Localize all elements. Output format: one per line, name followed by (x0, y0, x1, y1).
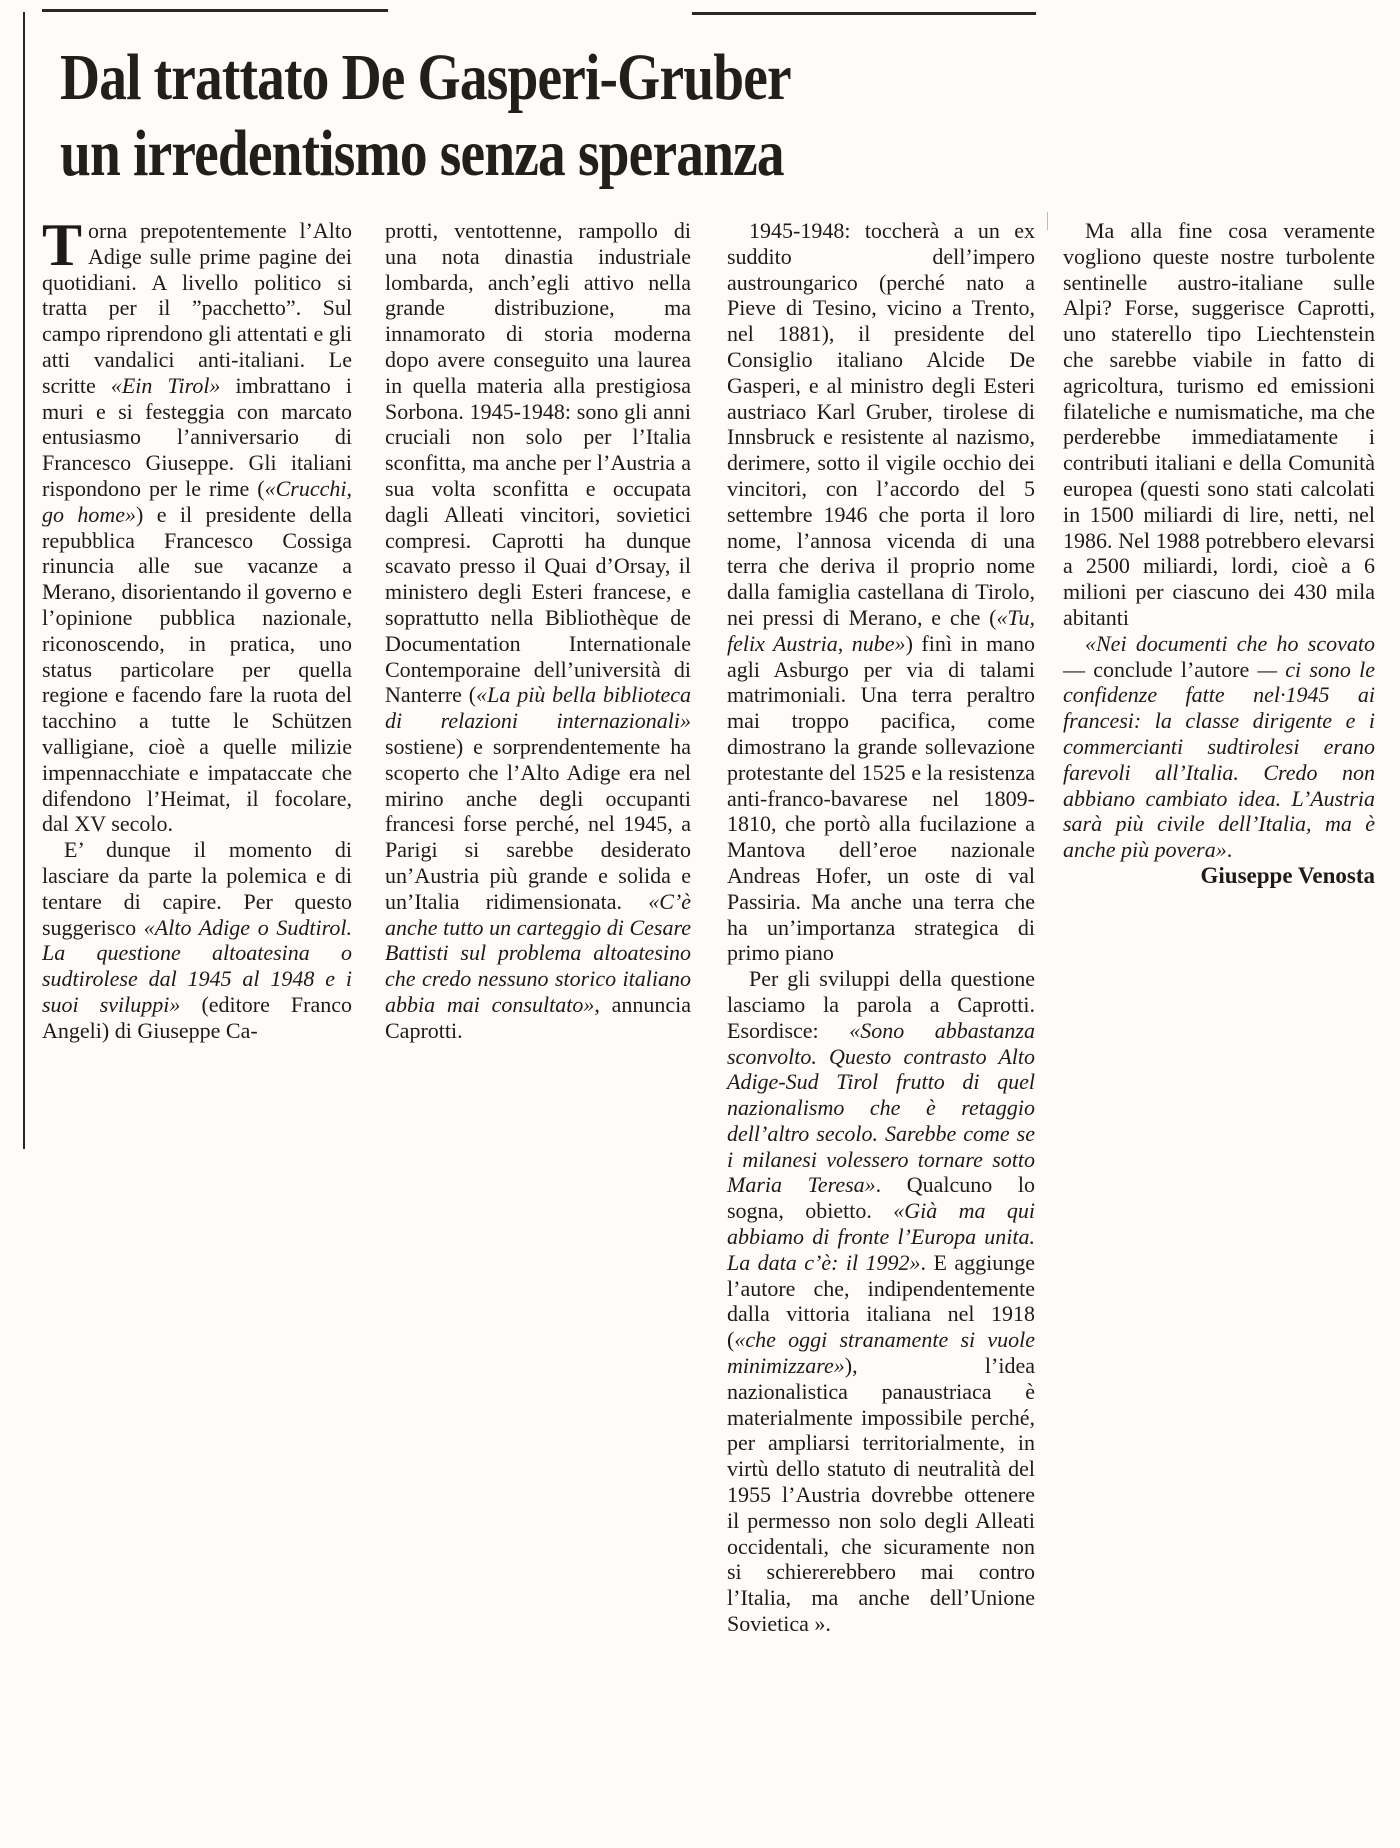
text-run: . (1227, 837, 1233, 862)
italic-quote: — ci sono le confidenze fatte nel·1945 a… (1063, 657, 1375, 863)
paragraph: «Nei documenti che ho scovato — conclude… (1063, 631, 1375, 863)
author-byline: Giuseppe Venosta (1063, 863, 1375, 889)
article-column-4: Ma alla fine cosa veramente vogliono que… (1063, 218, 1375, 889)
headline-line-2: un irredentismo senza speranza (60, 116, 900, 192)
article-column-1: T orna prepotentemente l’Alto Adige sull… (42, 218, 352, 1044)
headline: Dal trattato De Gasperi-Gruber un irrede… (60, 40, 900, 192)
top-rule-right (692, 12, 1036, 15)
left-column-rule (23, 12, 25, 1149)
headline-line-1: Dal trattato De Gasperi-Gruber (60, 40, 900, 116)
text-run: ) e il presidente della repubblica Franc… (42, 502, 352, 837)
article-column-2: protti, ventottenne, rampollo di una not… (385, 218, 691, 1044)
text-run: sostiene) e sorprendentemente ha scopert… (385, 734, 691, 914)
column-separator (1047, 212, 1048, 230)
paragraph: 1945-1948: toccherà a un ex suddito dell… (727, 218, 1035, 966)
paragraph: E’ dunque il momento di lasciare da part… (42, 837, 352, 1043)
text-run: 1945-1948: toccherà a un ex suddito dell… (727, 218, 1035, 630)
drop-cap: T (42, 222, 82, 268)
italic-quote: «Nei documenti che ho scovato (1085, 631, 1375, 656)
text-run: — conclude l’autore (1063, 657, 1257, 682)
text-run: Ma alla fine cosa veramente vogliono que… (1063, 218, 1375, 630)
text-run: ), l’idea nazionalistica panaustriaca è … (727, 1353, 1035, 1636)
italic-quote: «Sono abbastanza sconvolto. Questo contr… (727, 1018, 1035, 1198)
top-rule-left (42, 9, 388, 12)
article-column-3: 1945-1948: toccherà a un ex suddito dell… (727, 218, 1035, 1637)
paragraph: Per gli sviluppi della questione lasciam… (727, 966, 1035, 1637)
paragraph: Ma alla fine cosa veramente vogliono que… (1063, 218, 1375, 631)
paragraph-text: orna prepotentemente l’Alto Adige sulle … (42, 218, 352, 836)
text-run: orna prepotentemente l’Alto Adige sulle … (42, 218, 352, 398)
text-run: ) finì in mano agli Asburgo per via di t… (727, 631, 1035, 966)
paragraph: protti, ventottenne, rampollo di una not… (385, 218, 691, 1044)
text-run: protti, ventottenne, rampollo di una not… (385, 218, 691, 707)
paragraph: T orna prepotentemente l’Alto Adige sull… (42, 218, 352, 837)
italic-quote: «Ein Tirol» (111, 373, 221, 398)
